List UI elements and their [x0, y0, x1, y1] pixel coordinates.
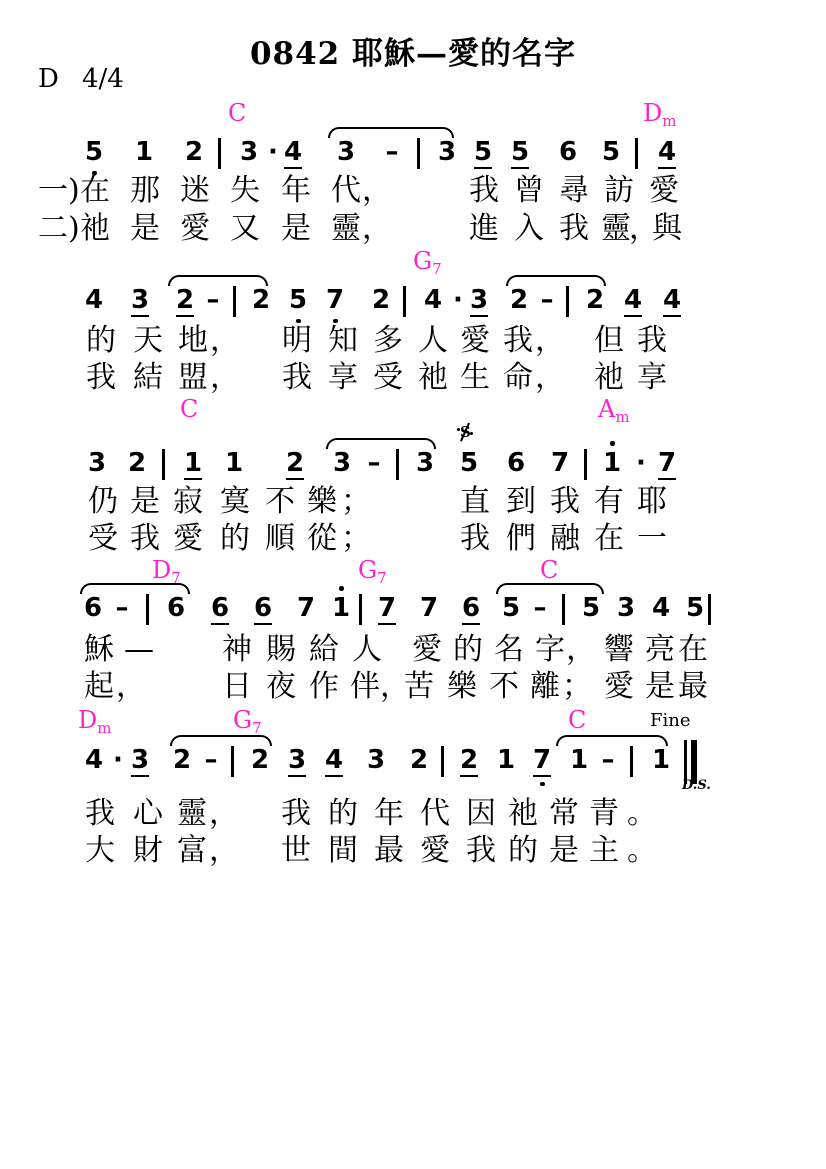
- note: 5: [511, 137, 529, 169]
- lyric-char-line1: 知: [328, 325, 358, 357]
- barline: [359, 594, 362, 625]
- lyric-char-line2: 苦: [404, 671, 434, 703]
- lyric-char-line1: 心: [133, 798, 163, 830]
- lyric-char-line1: 祂: [508, 798, 538, 830]
- note: 2: [128, 448, 146, 478]
- note: 3: [333, 448, 351, 478]
- lyric-char-line2: 是: [645, 671, 675, 703]
- chord-label: C: [180, 396, 198, 422]
- chord-label: D7: [152, 557, 181, 583]
- lyric-char-line2: 樂: [447, 671, 477, 703]
- lyric-char-line1: 。: [627, 798, 657, 830]
- note: 2: [173, 745, 191, 775]
- lyric-char-line2: 從: [307, 523, 337, 555]
- barline: [566, 286, 569, 317]
- lyric-char-line2: ，: [210, 362, 240, 394]
- fine-label: Fine: [650, 710, 691, 731]
- lyric-char-line2: 的: [220, 523, 250, 555]
- lyric-char-line2: 。: [627, 835, 657, 867]
- note: 2: [410, 745, 428, 775]
- dash-extension: –: [203, 745, 219, 775]
- note: 3: [416, 448, 434, 478]
- note: 4: [663, 285, 681, 317]
- note: 7: [658, 448, 676, 480]
- lyric-char-line2: 我: [282, 362, 312, 394]
- lyric-char-line2: 間: [328, 835, 358, 867]
- lyric-char-line1: 年: [374, 798, 404, 830]
- note: 1: [332, 593, 350, 623]
- note: 5: [602, 137, 620, 167]
- note: 4: [652, 593, 670, 623]
- note: 7: [378, 593, 396, 625]
- note: 6: [84, 593, 102, 623]
- note: 3: [617, 593, 635, 623]
- note: 3: [438, 137, 456, 167]
- lyric-char-line1: 失: [230, 175, 260, 207]
- lyric-char-line2: 命: [503, 362, 533, 394]
- lyric-char-line2: 財: [133, 835, 163, 867]
- lyric-char-line2: 祂: [418, 362, 448, 394]
- lyric-char-line2: 享: [328, 362, 358, 394]
- lyric-char-line1: 的: [328, 798, 358, 830]
- note: 2: [251, 745, 269, 775]
- barline: [441, 746, 444, 777]
- note: 7: [326, 285, 344, 315]
- note: 2: [286, 448, 304, 480]
- duration-dot: ·: [110, 745, 126, 775]
- note: 7: [551, 448, 569, 478]
- lyric-char-line1: 愛: [412, 634, 442, 666]
- lyric-char-line2: 的: [508, 835, 538, 867]
- lyric-char-line2: 進: [469, 213, 499, 245]
- barline: [218, 138, 221, 169]
- lyric-char-line1: 在: [80, 175, 110, 207]
- lyric-char-line2: 愛: [173, 523, 203, 555]
- note: 1: [497, 745, 515, 775]
- lyric-char-line1: 代: [420, 798, 450, 830]
- note: 3: [288, 745, 306, 777]
- note: 2: [252, 285, 270, 315]
- lyric-char-line1: 曾: [514, 175, 544, 207]
- lyric-char-line1: 的: [86, 325, 116, 357]
- lyric-char-line2: ，: [362, 213, 392, 245]
- note: 2: [185, 137, 203, 167]
- chord-label: Am: [598, 396, 630, 422]
- note: 3: [240, 137, 258, 167]
- barline: [708, 594, 711, 625]
- note: 1: [184, 448, 202, 480]
- lyric-char-line1: 人: [418, 325, 448, 357]
- barline: [417, 138, 420, 169]
- barline: [584, 449, 587, 480]
- barline: [562, 594, 565, 625]
- lyric-char-line1: ，: [566, 634, 596, 666]
- lyric-char-line2: 們: [506, 523, 536, 555]
- lyric-char-line1: 我: [85, 798, 115, 830]
- lyric-char-line2: 最: [374, 835, 404, 867]
- note: 2: [586, 285, 604, 315]
- lyric-char-line2: ，: [209, 835, 239, 867]
- lyric-char-line2: 二): [38, 213, 80, 245]
- note: 6: [507, 448, 525, 478]
- lyric-char-line1: 賜: [266, 634, 296, 666]
- note: 2: [372, 285, 390, 315]
- lyric-char-line2: 大: [85, 835, 115, 867]
- note: 4: [325, 745, 343, 777]
- lyric-char-line1: ，: [209, 798, 239, 830]
- lyric-char-line2: 夜: [266, 671, 296, 703]
- lyric-char-line1: ，: [210, 325, 240, 357]
- lyric-char-line2: 生: [460, 362, 490, 394]
- note: 2: [176, 285, 194, 317]
- lyric-char-line1: 字: [535, 634, 565, 666]
- lyric-char-line2: 最: [678, 671, 708, 703]
- lyric-char-line2: 主: [589, 835, 619, 867]
- lyric-char-line2: 又: [230, 213, 260, 245]
- duration-dot: ·: [633, 448, 649, 478]
- note: 5: [502, 593, 520, 623]
- lyric-char-line2: ；: [341, 523, 371, 555]
- lyric-char-line2: 靈: [601, 213, 631, 245]
- key-signature: D: [38, 64, 59, 94]
- note: 6: [254, 593, 272, 625]
- duration-dot: ·: [450, 285, 466, 315]
- lyric-char-line1: 因: [466, 798, 496, 830]
- lyric-char-line2: 祂: [80, 213, 110, 245]
- lyric-char-line1: 神: [222, 634, 252, 666]
- lyric-char-line1: 不: [265, 486, 295, 518]
- barline: [162, 449, 165, 480]
- duration-dot: ·: [265, 137, 281, 167]
- dash-extension: –: [384, 137, 400, 167]
- note: 6: [559, 137, 577, 167]
- note: 7: [533, 745, 551, 777]
- lyric-char-line1: 寞: [220, 486, 250, 518]
- lyric-char-line2: 伴: [350, 671, 380, 703]
- lyric-char-line1: 樂: [307, 486, 337, 518]
- lyric-char-line1: 愛: [649, 175, 679, 207]
- lyric-char-line2: 入: [514, 213, 544, 245]
- note: 2: [460, 745, 478, 777]
- note: 4: [624, 285, 642, 317]
- note: 4: [424, 285, 442, 315]
- barline: [635, 138, 638, 169]
- dal-segno-label: D.S.: [682, 778, 711, 793]
- note: 1: [225, 448, 243, 478]
- lyric-char-line1: 靈: [177, 798, 207, 830]
- lyric-char-line2: 不: [489, 671, 519, 703]
- lyric-char-line2: 我: [86, 362, 116, 394]
- lyric-char-line2: ，: [116, 671, 146, 703]
- note: 7: [420, 593, 438, 623]
- note: 5: [474, 137, 492, 169]
- lyric-char-line1: ，: [535, 325, 565, 357]
- note: 4: [658, 137, 676, 169]
- lyric-char-line1: 亮: [645, 634, 675, 666]
- lyric-char-line2: 愛: [180, 213, 210, 245]
- note: 6: [167, 593, 185, 623]
- lyric-char-line2: 愛: [420, 835, 450, 867]
- note: 5: [289, 285, 307, 315]
- note: 1: [570, 745, 588, 775]
- lyric-char-line1: 明: [282, 325, 312, 357]
- note: 5: [85, 137, 103, 167]
- lyric-char-line1: ，: [362, 175, 392, 207]
- lyric-char-line2: 受: [88, 523, 118, 555]
- barline: [630, 746, 633, 777]
- note: 4: [284, 137, 302, 169]
- note: 3: [88, 448, 106, 478]
- lyric-char-line2: 富: [177, 835, 207, 867]
- lyric-char-line2: 與: [652, 213, 682, 245]
- lyric-char-line2: 我: [466, 835, 496, 867]
- lyric-char-line1: 在: [678, 634, 708, 666]
- note: 6: [211, 593, 229, 625]
- lyric-char-line2: 祂: [594, 362, 624, 394]
- note: 3: [470, 285, 488, 317]
- chord-label: G7: [413, 248, 442, 274]
- lyric-char-line2: 融: [550, 523, 580, 555]
- chord-label: Dm: [78, 707, 111, 733]
- lyric-char-line1: 給: [309, 634, 339, 666]
- note: 3: [131, 745, 149, 777]
- lyric-char-line1: 尋: [559, 175, 589, 207]
- lyric-char-line1: 的: [453, 634, 483, 666]
- lyric-char-line1: 仍: [88, 486, 118, 518]
- lyric-char-line2: 日: [222, 671, 252, 703]
- lyric-char-line2: 世: [281, 835, 311, 867]
- chord-label: C: [568, 707, 586, 733]
- lyric-char-line1: 一): [38, 175, 80, 207]
- lyric-char-line2: ；: [562, 671, 592, 703]
- dash-extension: –: [114, 593, 130, 623]
- chord-label: Dm: [643, 100, 676, 126]
- lyric-char-line1: 青: [589, 798, 619, 830]
- lyric-char-line1: 是: [130, 486, 160, 518]
- lyric-char-line2: 起: [84, 671, 114, 703]
- segno-part: [470, 432, 473, 435]
- lyric-char-line1: 名: [494, 634, 524, 666]
- barline: [403, 286, 406, 317]
- lyric-char-line2: 盟: [178, 362, 208, 394]
- lyric-char-line2: 愛: [604, 671, 634, 703]
- chord-label: G7: [233, 707, 262, 733]
- lyric-char-line1: ；: [341, 486, 371, 518]
- lyric-char-line2: 我: [130, 523, 160, 555]
- lyric-char-line1: 人: [352, 634, 382, 666]
- lyric-char-line1: 我: [637, 325, 667, 357]
- lyric-char-line2: 離: [530, 671, 560, 703]
- lyric-char-line2: ，: [535, 362, 565, 394]
- lyric-char-line1: 我: [550, 486, 580, 518]
- lyric-char-line2: 我: [460, 523, 490, 555]
- note: 5: [460, 448, 478, 478]
- dash-extension: –: [600, 745, 616, 775]
- lyric-char-line1: 多: [373, 325, 403, 357]
- lyric-char-line1: 但: [594, 325, 624, 357]
- lyric-char-line1: 愛: [460, 325, 490, 357]
- lyric-char-line1: 年: [281, 175, 311, 207]
- lyric-char-line2: 享: [637, 362, 667, 394]
- note: 1: [135, 137, 153, 167]
- lyric-char-line2: 順: [265, 523, 295, 555]
- lyric-char-line1: 迷: [180, 175, 210, 207]
- lyric-char-line2: 一: [637, 523, 667, 555]
- note: 3: [367, 745, 385, 775]
- dash-extension: –: [205, 285, 221, 315]
- barline: [231, 746, 234, 777]
- chord-label: G7: [358, 557, 387, 583]
- time-signature: 4/4: [82, 64, 124, 94]
- chord-label: C: [228, 100, 246, 126]
- segno-icon: S: [457, 422, 473, 442]
- lyric-char-line1: 天: [133, 325, 163, 357]
- note: 5: [686, 593, 704, 623]
- lyric-char-line1: 我: [503, 325, 533, 357]
- lyric-char-line1: 寂: [173, 486, 203, 518]
- lyric-char-line1: 有: [594, 486, 624, 518]
- lyric-char-line1: 代: [331, 175, 361, 207]
- note: 7: [297, 593, 315, 623]
- lyric-char-line1: —: [124, 634, 154, 666]
- note: 3: [131, 285, 149, 317]
- lyric-char-line1: 響: [604, 634, 634, 666]
- lyric-char-line1: 訪: [604, 175, 634, 207]
- page-title: 0842 耶穌—愛的名字: [0, 28, 826, 73]
- lyric-char-line1: 到: [506, 486, 536, 518]
- segno-part: [457, 428, 460, 431]
- note: 1: [603, 448, 621, 478]
- chord-label: C: [540, 557, 558, 583]
- lyric-char-line1: 地: [178, 325, 208, 357]
- lyric-char-line2: 是: [549, 835, 579, 867]
- barline: [396, 449, 399, 480]
- lyric-char-line2: 是: [130, 213, 160, 245]
- barline: [146, 594, 149, 625]
- lyric-char-line1: 我: [469, 175, 499, 207]
- note: 4: [85, 745, 103, 775]
- dash-extension: –: [366, 448, 382, 478]
- lyric-char-line1: 那: [130, 175, 160, 207]
- lyric-char-line2: 受: [373, 362, 403, 394]
- dash-extension: –: [532, 593, 548, 623]
- note: 2: [510, 285, 528, 315]
- note: 3: [337, 137, 355, 167]
- note: 1: [652, 745, 670, 775]
- lyric-char-line2: 作: [309, 671, 339, 703]
- note: 5: [582, 593, 600, 623]
- lyric-char-line2: 結: [133, 362, 163, 394]
- sheet-music-page: 0842 耶穌—愛的名字 D 4/4 CDm5123·43–355654一)在那…: [0, 0, 826, 1169]
- note: 6: [462, 593, 480, 625]
- lyric-char-line1: 穌: [84, 634, 114, 666]
- lyric-char-line1: 耶: [637, 486, 667, 518]
- lyric-char-line2: 我: [559, 213, 589, 245]
- barline: [233, 286, 236, 317]
- note: 4: [85, 285, 103, 315]
- lyric-char-line2: 在: [594, 523, 624, 555]
- lyric-char-line2: 是: [281, 213, 311, 245]
- dash-extension: –: [539, 285, 555, 315]
- lyric-char-line2: 靈: [331, 213, 361, 245]
- lyric-char-line1: 常: [549, 798, 579, 830]
- lyric-char-line1: 我: [281, 798, 311, 830]
- lyric-char-line1: 直: [460, 486, 490, 518]
